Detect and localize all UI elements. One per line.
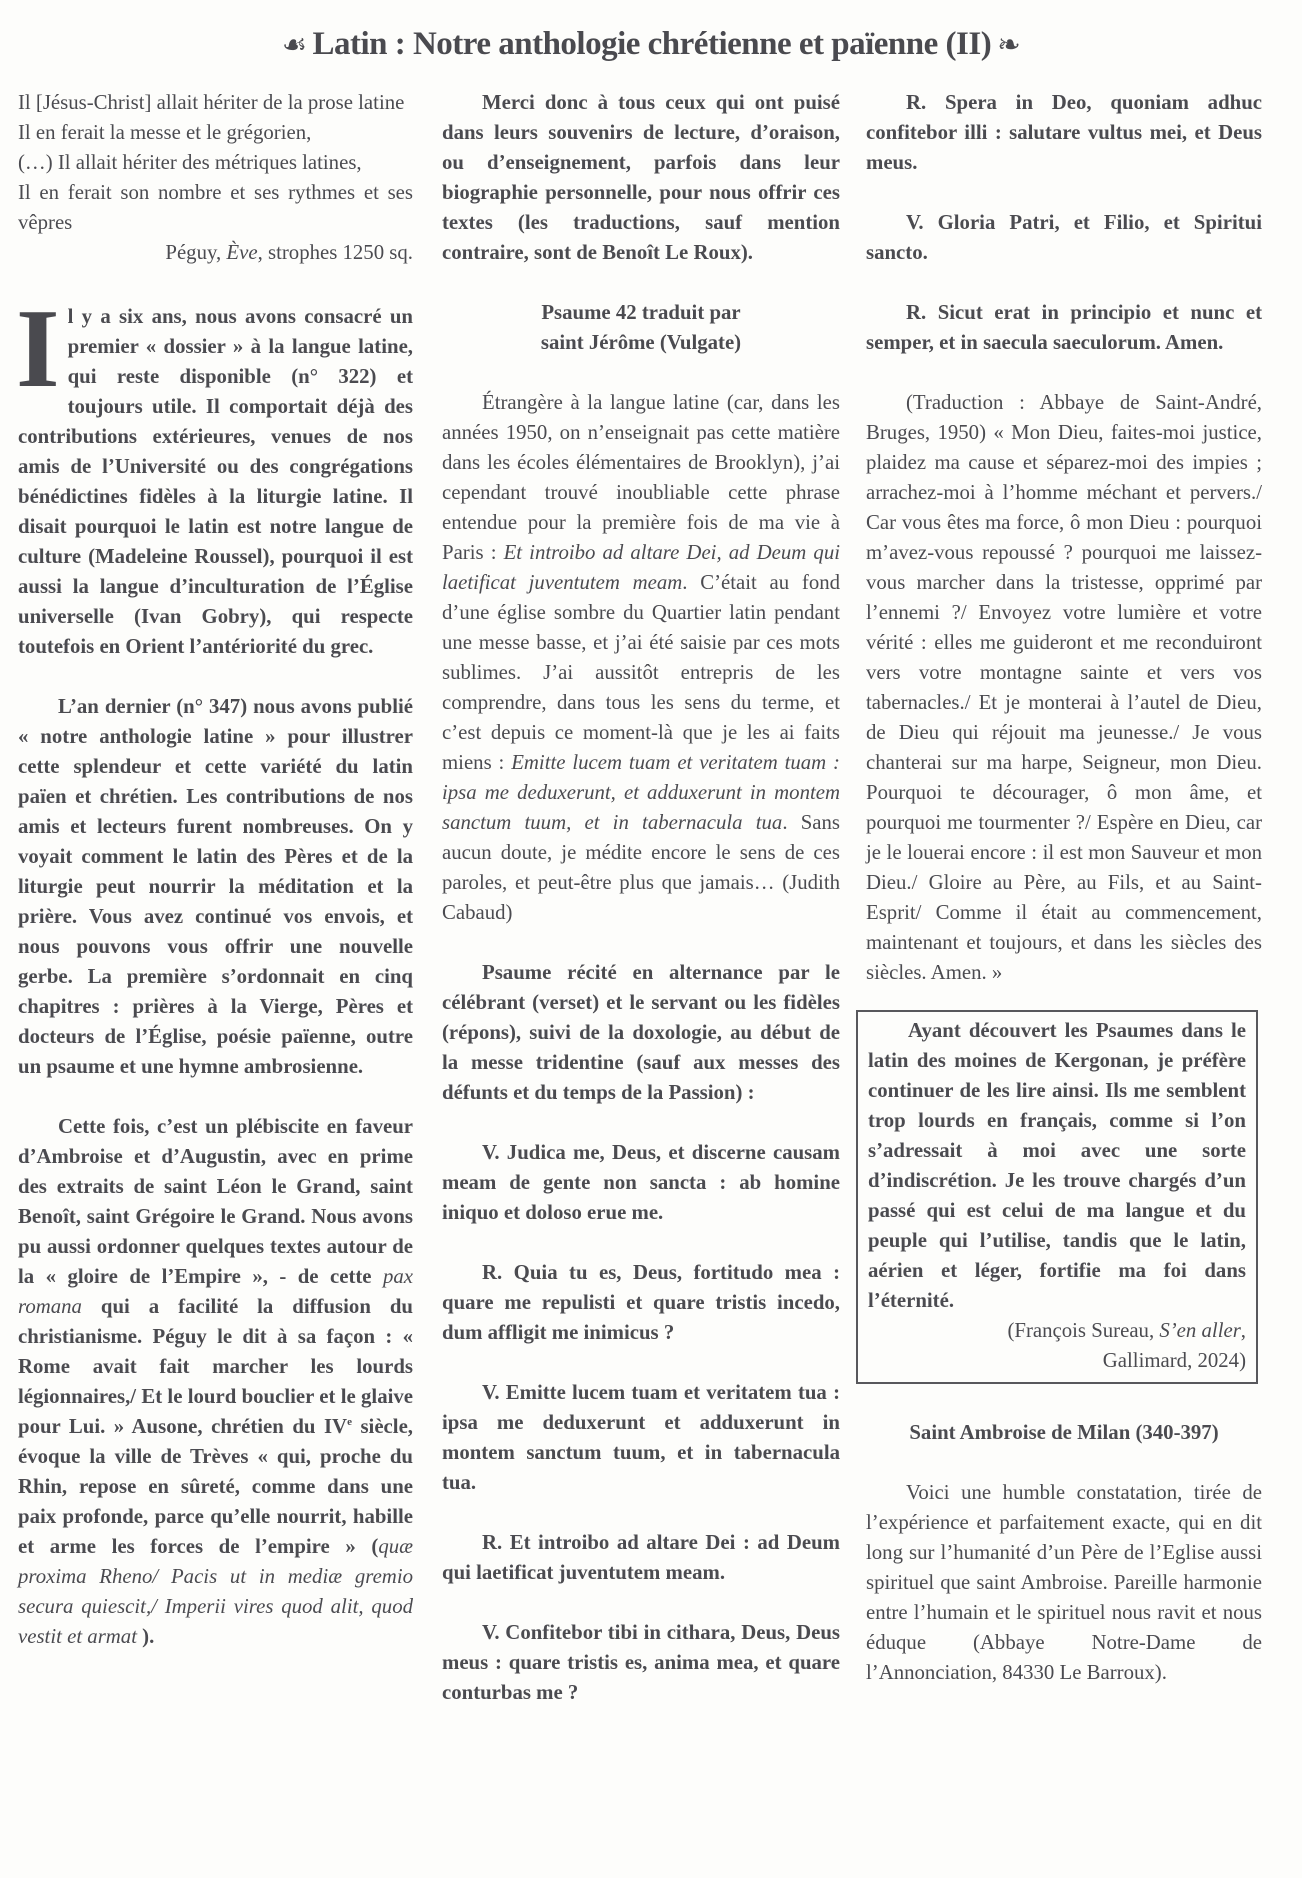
verse: V. Emitte lucem tuam et veritatem tua : … <box>442 1378 840 1498</box>
response: R. Quia tu es, Deus, fortitudo mea : qua… <box>442 1258 840 1348</box>
drop-cap: I <box>16 306 60 394</box>
ambroise-intro: Voici une humble constatation, tirée de … <box>866 1478 1262 1688</box>
magazine-page: ☙Latin : Notre anthologie chrétienne et … <box>0 0 1302 1878</box>
paragraph-last-year: L’an dernier (n° 347) nous avons publié … <box>18 692 413 1082</box>
verse: V. Judica me, Deus, et discerne causam m… <box>442 1138 840 1228</box>
quote-box: Ayant découvert les Psaumes dans le lati… <box>856 1010 1258 1384</box>
quote-source: (François Sureau, S’en aller, <box>868 1316 1246 1346</box>
testimony-paragraph: Étrangère à la langue latine (car, dans … <box>442 388 840 928</box>
epigraph-line: Il [Jésus-Christ] allait hériter de la p… <box>18 88 413 118</box>
column-right: R. Spera in Deo, quoniam adhuc confitebo… <box>866 88 1262 1688</box>
response: R. Spera in Deo, quoniam adhuc confitebo… <box>866 88 1262 178</box>
quote-text: Ayant découvert les Psaumes dans le lati… <box>868 1016 1246 1316</box>
translation-paragraph: (Traduction : Abbaye de Saint-André, Bru… <box>866 388 1262 988</box>
recited-intro: Psaume récité en alternance par le céléb… <box>442 958 840 1108</box>
epigraph-source: Péguy, Ève, strophes 1250 sq. <box>18 238 413 268</box>
section-heading-ambroise: Saint Ambroise de Milan (340-397) <box>866 1418 1262 1448</box>
fleuron-left-icon: ☙ <box>282 30 307 61</box>
title-text: Latin : Notre anthologie chrétienne et p… <box>312 26 991 62</box>
column-middle: Merci donc à tous ceux qui ont puisé dan… <box>442 88 840 1708</box>
epigraph-line: Il en ferait la messe et le grégorien, <box>18 118 413 148</box>
column-left: Il [Jésus-Christ] allait hériter de la p… <box>18 88 413 1652</box>
verse: V. Gloria Patri, et Filio, et Spiritui s… <box>866 208 1262 268</box>
response: R. Sicut erat in principio et nunc et se… <box>866 298 1262 358</box>
response: R. Et introibo ad altare Dei : ad Deum q… <box>442 1528 840 1588</box>
fleuron-right-icon: ❧ <box>997 30 1020 61</box>
intro-paragraph: Il y a six ans, nous avons consacré un p… <box>18 302 413 662</box>
epigraph-line: (…) Il allait hériter des métriques lati… <box>18 148 413 178</box>
psalm-heading: Psaume 42 traduit par saint Jérôme (Vulg… <box>442 298 840 358</box>
verse: V. Confitebor tibi in cithara, Deus, Deu… <box>442 1618 840 1708</box>
paragraph-this-time: Cette fois, c’est un plébiscite en faveu… <box>18 1112 413 1652</box>
quote-source-line2: Gallimard, 2024) <box>868 1346 1246 1376</box>
epigraph: Il [Jésus-Christ] allait hériter de la p… <box>18 88 413 268</box>
thanks-paragraph: Merci donc à tous ceux qui ont puisé dan… <box>442 88 840 268</box>
epigraph-line: Il en ferait son nombre et ses rythmes e… <box>18 178 413 238</box>
page-title: ☙Latin : Notre anthologie chrétienne et … <box>0 26 1302 63</box>
